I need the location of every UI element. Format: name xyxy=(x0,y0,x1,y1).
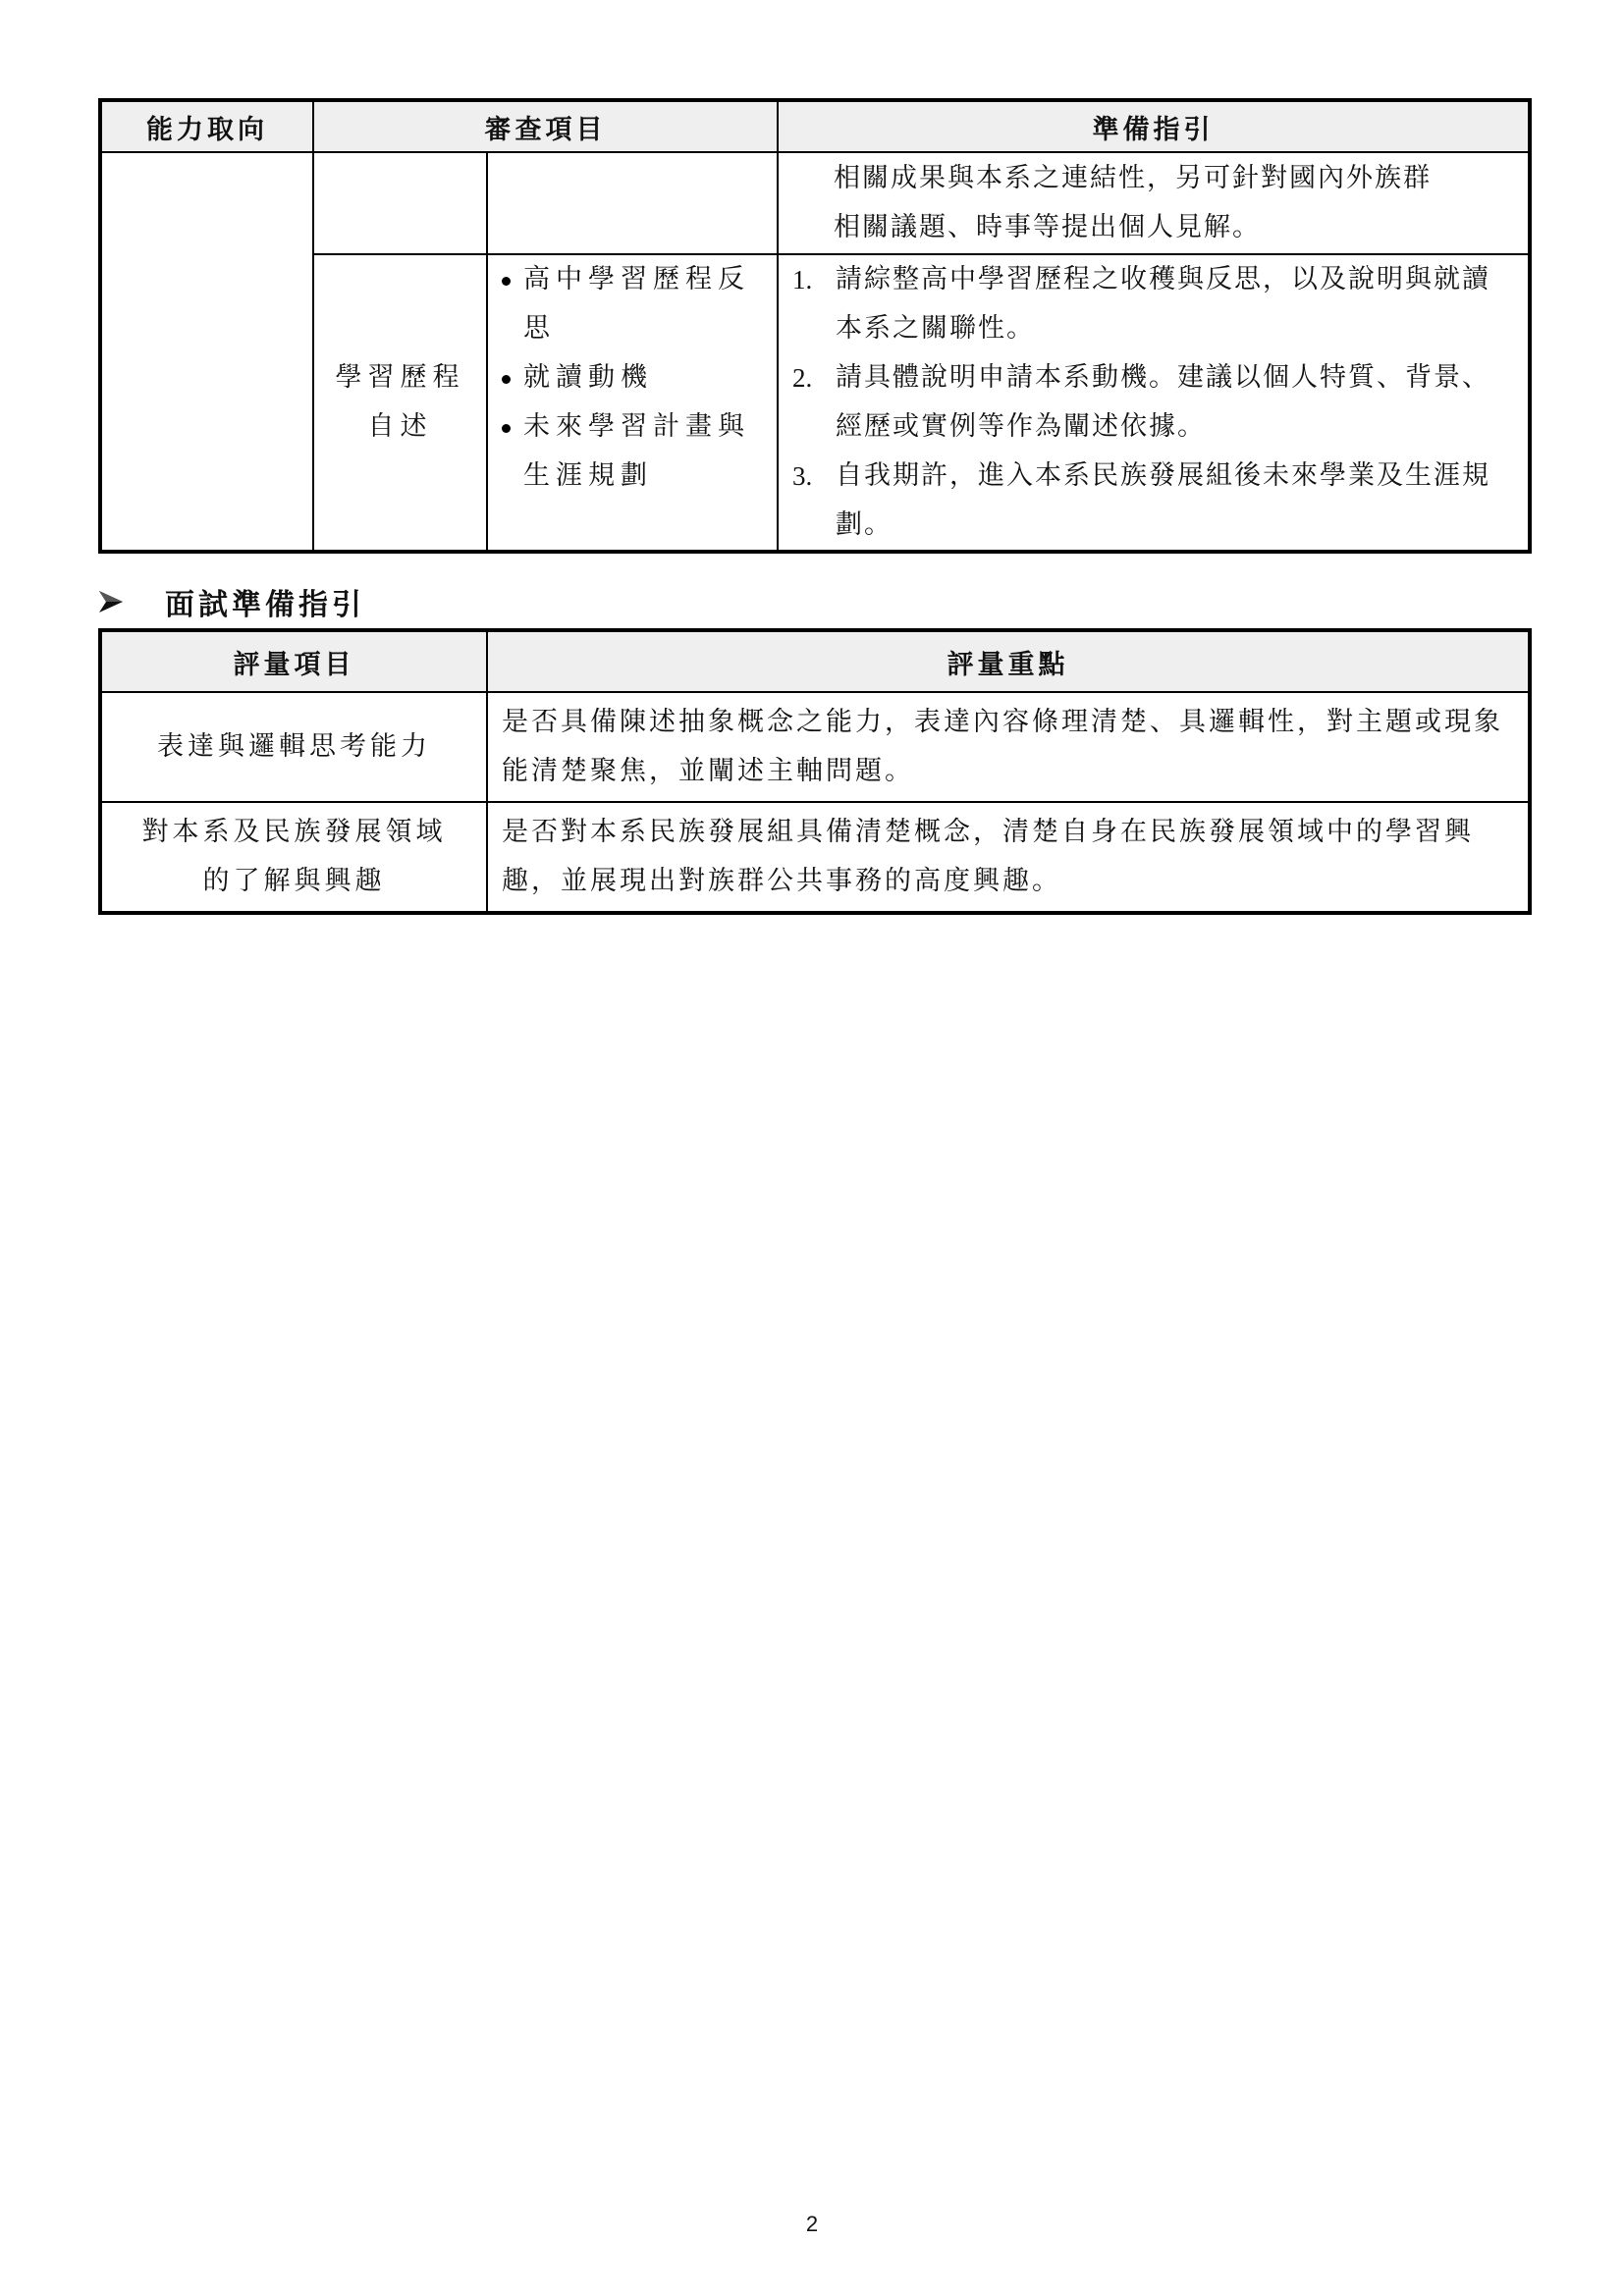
review-item: 未來學習計畫與生涯規劃 xyxy=(502,402,771,501)
interview-table-row: 表達與邏輯思考能力 是否具備陳述抽象概念之能力，表達內容條理清楚、具邏輯性，對主… xyxy=(100,692,1530,802)
eval-focus-cell: 是否具備陳述抽象概念之能力，表達內容條理清楚、具邏輯性，對主題或現象能清楚聚焦，… xyxy=(487,692,1530,802)
review-item: 高中學習歷程反思 xyxy=(502,255,771,353)
guide-list: 1.請綜整高中學習歷程之收穫與反思，以及說明與就讀本系之關聯性。 2.請具體說明… xyxy=(779,255,1528,550)
interview-table: 評量項目 評量重點 表達與邏輯思考能力 是否具備陳述抽象概念之能力，表達內容條理… xyxy=(98,628,1532,915)
review-table: 能力取向 審查項目 準備指引 相關成果與本系之連結性，另可針對國內外族群 相關議… xyxy=(98,98,1532,554)
bullet-icon xyxy=(502,277,511,286)
eval-item-cell: 對本系及民族發展領域 的了解與興趣 xyxy=(100,802,487,913)
interview-table-header-row: 評量項目 評量重點 xyxy=(100,630,1530,692)
eval-item-line: 的了解與興趣 xyxy=(102,857,486,906)
review-table-portfolio-row: 學習歷程 自述 高中學習歷程反思 就讀動機 未來學習計畫與生涯規劃 1.請綜整高… xyxy=(100,254,1530,552)
review-table-header-row: 能力取向 審查項目 準備指引 xyxy=(100,100,1530,152)
eval-item-line: 表達與邏輯思考能力 xyxy=(102,722,486,772)
eval-focus-cell: 是否對本系民族發展組具備清楚概念，清楚自身在民族發展領域中的學習興趣，並展現出對… xyxy=(487,802,1530,913)
header-ability: 能力取向 xyxy=(100,100,313,152)
interview-section-heading: 面試準備指引 xyxy=(98,581,365,622)
ability-cell xyxy=(100,152,313,552)
eval-item-line: 對本系及民族發展領域 xyxy=(102,808,486,857)
category-label-line: 自述 xyxy=(314,402,486,452)
category-cell-portfolio: 學習歷程 自述 xyxy=(313,254,487,552)
arrow-bullet-icon xyxy=(98,589,124,614)
items-cell-portfolio: 高中學習歷程反思 就讀動機 未來學習計畫與生涯規劃 xyxy=(487,254,778,552)
guide-continued-line: 相關議題、時事等提出個人見解。 xyxy=(834,203,1516,252)
header-review-item: 審查項目 xyxy=(313,100,778,152)
guide-item: 1.請綜整高中學習歷程之收穫與反思，以及說明與就讀本系之關聯性。 xyxy=(792,255,1516,353)
guide-cell-portfolio: 1.請綜整高中學習歷程之收穫與反思，以及說明與就讀本系之關聯性。 2.請具體說明… xyxy=(778,254,1530,552)
interview-table-row: 對本系及民族發展領域 的了解與興趣 是否對本系民族發展組具備清楚概念，清楚自身在… xyxy=(100,802,1530,913)
review-items-list: 高中學習歷程反思 就讀動機 未來學習計畫與生涯規劃 xyxy=(488,255,777,501)
header-eval-focus: 評量重點 xyxy=(487,630,1530,692)
items-cell-continued xyxy=(487,152,778,254)
eval-item-cell: 表達與邏輯思考能力 xyxy=(100,692,487,802)
category-label-line: 學習歷程 xyxy=(314,353,486,402)
guide-item: 2.請具體說明申請本系動機。建議以個人特質、背景、經歷或實例等作為闡述依據。 xyxy=(792,353,1516,452)
guide-item: 3.自我期許，進入本系民族發展組後未來學業及生涯規劃。 xyxy=(792,452,1516,550)
review-item: 就讀動機 xyxy=(502,353,771,402)
eval-focus-text: 是否對本系民族發展組具備清楚概念，清楚自身在民族發展領域中的學習興趣，並展現出對… xyxy=(488,808,1528,906)
guide-continued-line: 相關成果與本系之連結性，另可針對國內外族群 xyxy=(834,154,1516,203)
bullet-icon xyxy=(502,424,511,433)
review-table-continuation-row: 相關成果與本系之連結性，另可針對國內外族群 相關議題、時事等提出個人見解。 xyxy=(100,152,1530,254)
section-title: 面試準備指引 xyxy=(165,580,365,623)
header-eval-item: 評量項目 xyxy=(100,630,487,692)
bullet-icon xyxy=(502,375,511,384)
guide-cell-continued: 相關成果與本系之連結性，另可針對國內外族群 相關議題、時事等提出個人見解。 xyxy=(778,152,1530,254)
category-cell-continued xyxy=(313,152,487,254)
eval-focus-text: 是否具備陳述抽象概念之能力，表達內容條理清楚、具邏輯性，對主題或現象能清楚聚焦，… xyxy=(488,698,1528,796)
header-guide: 準備指引 xyxy=(778,100,1530,152)
page-number: 2 xyxy=(0,2212,1624,2237)
